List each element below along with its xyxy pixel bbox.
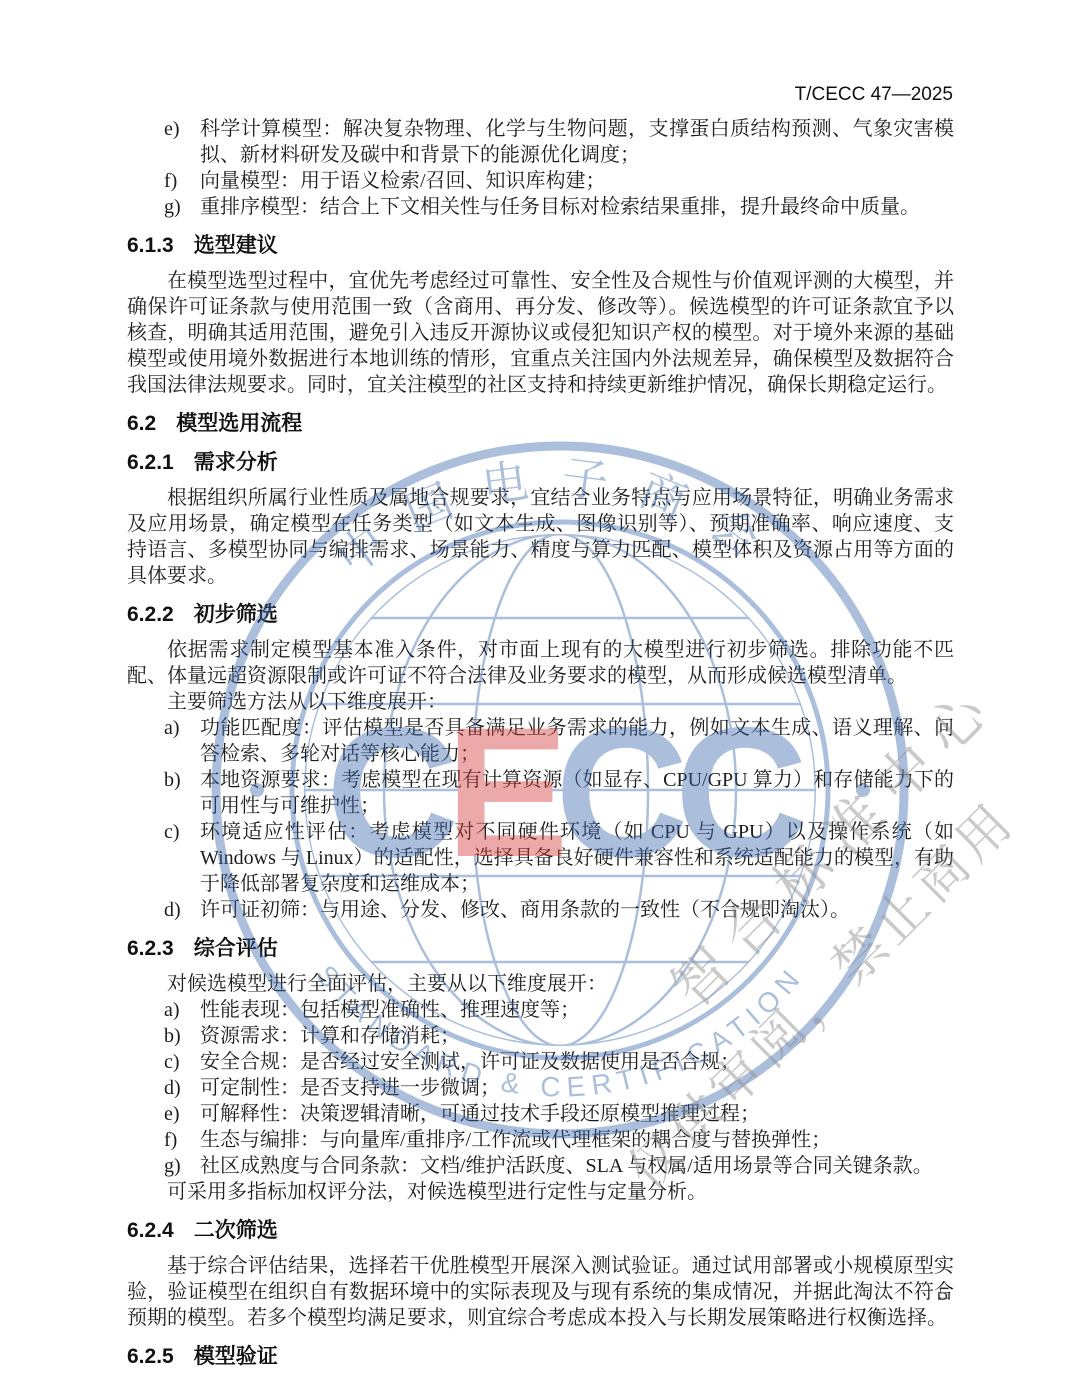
heading-number: 6.2.2 bbox=[127, 602, 174, 628]
list-item-label: d) bbox=[164, 897, 181, 923]
list-item: f) 生态与编排：与向量库/重排序/工作流或代理框架的耦合度与替换弹性； bbox=[200, 1127, 954, 1153]
paragraph: 可采用多指标加权评分法，对候选模型进行定性与定量分析。 bbox=[127, 1179, 954, 1205]
list-item: g) 重排序模型：结合上下文相关性与任务目标对检索结果重排，提升最终命中质量。 bbox=[200, 194, 954, 220]
list-item-label: f) bbox=[164, 168, 177, 194]
heading-number: 6.1.3 bbox=[127, 233, 174, 259]
list-item-label: g) bbox=[164, 1153, 181, 1179]
list-item-label: b) bbox=[164, 767, 181, 793]
list-item-label: b) bbox=[164, 1023, 181, 1049]
list-item: a) 性能表现：包括模型准确性、推理速度等； bbox=[200, 997, 954, 1023]
paragraph: 在模型选型过程中，宜优先考虑经过可靠性、安全性及合规性与价值观评测的大模型，并确… bbox=[127, 268, 954, 398]
list-item: d) 可定制性：是否支持进一步微调； bbox=[200, 1075, 954, 1101]
heading-title: 模型验证 bbox=[194, 1344, 278, 1370]
list-item-label: e) bbox=[164, 1101, 180, 1127]
section-heading-6-2-2: 6.2.2 初步筛选 bbox=[127, 602, 954, 628]
section-heading-6-1-3: 6.1.3 选型建议 bbox=[127, 233, 954, 259]
list-item-text: 功能匹配度：评估模型是否具备满足业务需求的能力，例如文本生成、语义理解、问答检索… bbox=[200, 717, 954, 765]
list-item-text: 环境适应性评估：考虑模型对不同硬件环境（如 CPU 与 GPU）以及操作系统（如… bbox=[200, 821, 954, 895]
list-item: b) 本地资源要求：考虑模型在现有计算资源（如显存、CPU/GPU 算力）和存储… bbox=[200, 767, 954, 819]
heading-title: 初步筛选 bbox=[194, 602, 278, 628]
section-heading-6-2-5: 6.2.5 模型验证 bbox=[127, 1344, 954, 1370]
list-item: e) 可解释性：决策逻辑清晰，可通过技术手段还原模型推理过程； bbox=[200, 1101, 954, 1127]
list-item: f) 向量模型：用于语义检索/召回、知识库构建； bbox=[200, 168, 954, 194]
heading-title: 模型选用流程 bbox=[176, 411, 302, 437]
section-heading-6-2-4: 6.2.4 二次筛选 bbox=[127, 1218, 954, 1244]
list-item: c) 环境适应性评估：考虑模型对不同硬件环境（如 CPU 与 GPU）以及操作系… bbox=[200, 819, 954, 897]
list-item-text: 可解释性：决策逻辑清晰，可通过技术手段还原模型推理过程； bbox=[200, 1103, 760, 1125]
heading-number: 6.2.4 bbox=[127, 1218, 174, 1244]
list-item-text: 生态与编排：与向量库/重排序/工作流或代理框架的耦合度与替换弹性； bbox=[200, 1129, 831, 1151]
list-item-text: 可定制性：是否支持进一步微调； bbox=[200, 1077, 500, 1099]
list-item: a) 功能匹配度：评估模型是否具备满足业务需求的能力，例如文本生成、语义理解、问… bbox=[200, 715, 954, 767]
list-item: c) 安全合规：是否经过安全测试，许可证及数据使用是否合规； bbox=[200, 1049, 954, 1075]
doc-number: T/CECC 47—2025 bbox=[795, 84, 953, 106]
list-item-text: 本地资源要求：考虑模型在现有计算资源（如显存、CPU/GPU 算力）和存储能力下… bbox=[200, 769, 954, 817]
list-item-label: g) bbox=[164, 194, 181, 220]
list-item-text: 社区成熟度与合同条款：文档/维护活跃度、SLA 与权属/适用场景等合同关键条款。 bbox=[200, 1155, 933, 1177]
list-item-label: c) bbox=[164, 1049, 180, 1075]
list-item-label: e) bbox=[164, 116, 180, 142]
section-heading-6-2-3: 6.2.3 综合评估 bbox=[127, 936, 954, 962]
list-item-text: 性能表现：包括模型准确性、推理速度等； bbox=[200, 999, 580, 1021]
list-item-label: a) bbox=[164, 997, 180, 1023]
list-item-text: 许可证初筛：与用途、分发、修改、商用条款的一致性（不合规即淘汰）。 bbox=[200, 899, 850, 921]
list-item-label: a) bbox=[164, 715, 180, 741]
list-item: e) 科学计算模型：解决复杂物理、化学与生物问题，支撑蛋白质结构预测、气象灾害模… bbox=[200, 116, 954, 168]
list-item-text: 重排序模型：结合上下文相关性与任务目标对检索结果重排，提升最终命中质量。 bbox=[200, 196, 920, 218]
heading-number: 6.2.3 bbox=[127, 936, 174, 962]
list-lead: 对候选模型进行全面评估，主要从以下维度展开： bbox=[127, 971, 954, 997]
heading-number: 6.2.5 bbox=[127, 1344, 174, 1370]
heading-title: 选型建议 bbox=[194, 233, 278, 259]
list-lead: 主要筛选方法从以下维度展开： bbox=[127, 689, 954, 715]
paragraph: 基于综合评估结果，选择若干优胜模型开展深入测试验证。通过试用部署或小规模原型实验… bbox=[127, 1253, 954, 1331]
document-page: T/CECC 47—2025 e) 科学计算模型：解决复杂物理、化学与生物问题，… bbox=[0, 0, 1080, 1398]
list-item: d) 许可证初筛：与用途、分发、修改、商用条款的一致性（不合规即淘汰）。 bbox=[200, 897, 954, 923]
list-item-label: c) bbox=[164, 819, 180, 845]
document-body: e) 科学计算模型：解决复杂物理、化学与生物问题，支撑蛋白质结构预测、气象灾害模… bbox=[127, 116, 954, 1379]
section-heading-6-2: 6.2 模型选用流程 bbox=[127, 411, 954, 437]
heading-number: 6.2.1 bbox=[127, 450, 174, 476]
section-heading-6-2-1: 6.2.1 需求分析 bbox=[127, 450, 954, 476]
list-item-label: f) bbox=[164, 1127, 177, 1153]
heading-title: 综合评估 bbox=[194, 936, 278, 962]
list-item-text: 资源需求：计算和存储消耗； bbox=[200, 1025, 460, 1047]
list-item-text: 科学计算模型：解决复杂物理、化学与生物问题，支撑蛋白质结构预测、气象灾害模拟、新… bbox=[200, 118, 954, 166]
paragraph: 依据需求制定模型基本准入条件，对市面上现有的大模型进行初步筛选。排除功能不匹配、… bbox=[127, 637, 954, 689]
page-number: 5 bbox=[939, 1284, 949, 1306]
list-item-text: 向量模型：用于语义检索/召回、知识库构建； bbox=[200, 170, 606, 192]
list-item: b) 资源需求：计算和存储消耗； bbox=[200, 1023, 954, 1049]
list-item-text: 安全合规：是否经过安全测试，许可证及数据使用是否合规； bbox=[200, 1051, 740, 1073]
heading-number: 6.2 bbox=[127, 411, 156, 437]
heading-title: 需求分析 bbox=[194, 450, 278, 476]
list-item-label: d) bbox=[164, 1075, 181, 1101]
paragraph: 根据组织所属行业性质及属地合规要求，宜结合业务特点与应用场景特征，明确业务需求及… bbox=[127, 485, 954, 589]
heading-title: 二次筛选 bbox=[194, 1218, 278, 1244]
list-item: g) 社区成熟度与合同条款：文档/维护活跃度、SLA 与权属/适用场景等合同关键… bbox=[200, 1153, 954, 1179]
